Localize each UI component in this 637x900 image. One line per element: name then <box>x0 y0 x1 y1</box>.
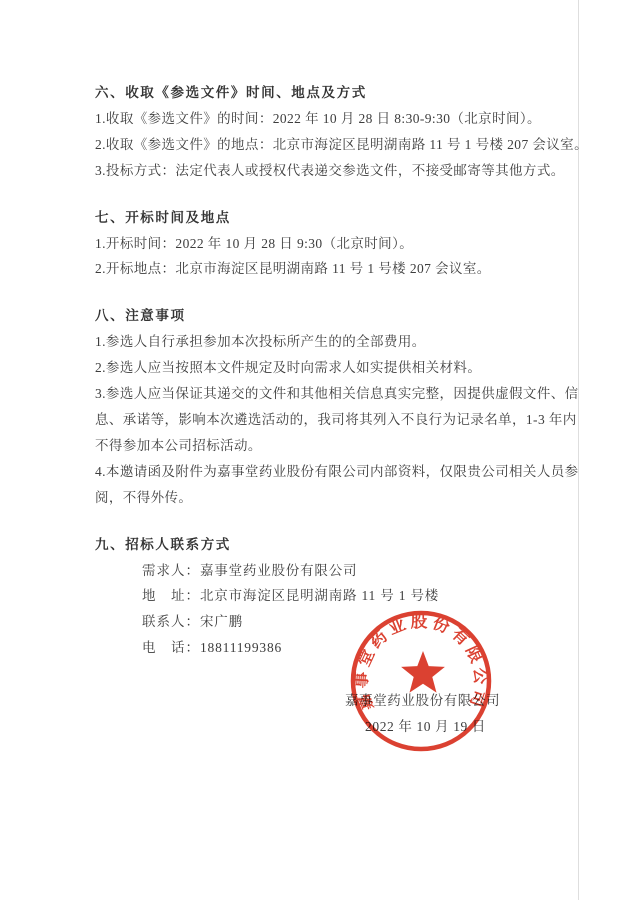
doc-line: 1.收取《参选文件》的时间：2022 年 10 月 28 日 8:30-9:30… <box>95 106 557 132</box>
signature-company-name: 嘉事堂药业股份有限公司 <box>345 688 500 714</box>
page-edge-shadow <box>578 0 579 900</box>
contact-value: 北京市海淀区昆明湖南路 11 号 1 号楼 <box>200 588 439 603</box>
section-heading: 六、收取《参选文件》时间、地点及方式 <box>95 80 557 106</box>
contact-row-phone: 电 话：18811199386 <box>95 635 557 661</box>
doc-line: 1.开标时间：2022 年 10 月 28 日 9:30（北京时间）。 <box>95 231 557 257</box>
scanned-document-page: 六、收取《参选文件》时间、地点及方式 1.收取《参选文件》的时间：2022 年 … <box>0 0 637 900</box>
section-collect-documents: 六、收取《参选文件》时间、地点及方式 1.收取《参选文件》的时间：2022 年 … <box>95 80 557 184</box>
section-bid-opening: 七、开标时间及地点 1.开标时间：2022 年 10 月 28 日 9:30（北… <box>95 205 557 283</box>
doc-line: 息、承诺等，影响本次遴选活动的，我司将其列入不良行为记录名单，1-3 年内 <box>95 407 557 433</box>
contact-value: 18811199386 <box>200 640 282 655</box>
signature-block: 嘉事堂药业股份有限公司 2022 年 10 月 19 日 <box>345 688 500 740</box>
contact-row-demander: 需求人：嘉事堂药业股份有限公司 <box>95 558 557 584</box>
doc-line: 1.参选人自行承担参加本次投标所产生的的全部费用。 <box>95 329 557 355</box>
contact-value: 宋广鹏 <box>200 614 243 629</box>
doc-line: 2.开标地点：北京市海淀区昆明湖南路 11 号 1 号楼 207 会议室。 <box>95 256 557 282</box>
signature-date: 2022 年 10 月 19 日 <box>345 714 500 740</box>
contact-value: 嘉事堂药业股份有限公司 <box>200 563 357 578</box>
contact-label: 需求人： <box>142 563 200 578</box>
doc-line: 3.参选人应当保证其递交的文件和其他相关信息真实完整，因提供虚假文件、信 <box>95 381 557 407</box>
doc-line: 3.投标方式：法定代表人或授权代表递交参选文件，不接受邮寄等其他方式。 <box>95 158 557 184</box>
doc-line: 2.收取《参选文件》的地点：北京市海淀区昆明湖南路 11 号 1 号楼 207 … <box>95 132 557 158</box>
section-heading: 八、注意事项 <box>95 303 557 329</box>
document-body: 六、收取《参选文件》时间、地点及方式 1.收取《参选文件》的时间：2022 年 … <box>95 80 557 661</box>
contact-label: 地 址： <box>142 588 200 603</box>
section-heading: 九、招标人联系方式 <box>95 532 557 558</box>
contact-row-person: 联系人：宋广鹏 <box>95 609 557 635</box>
contact-row-address: 地 址：北京市海淀区昆明湖南路 11 号 1 号楼 <box>95 583 557 609</box>
doc-line: 阅，不得外传。 <box>95 485 557 511</box>
doc-line: 2.参选人应当按照本文件规定及时向需求人如实提供相关材料。 <box>95 355 557 381</box>
doc-line: 4.本邀请函及附件为嘉事堂药业股份有限公司内部资料，仅限贵公司相关人员参 <box>95 459 557 485</box>
section-notes: 八、注意事项 1.参选人自行承担参加本次投标所产生的的全部费用。 2.参选人应当… <box>95 303 557 510</box>
doc-line: 不得参加本公司招标活动。 <box>95 433 557 459</box>
section-heading: 七、开标时间及地点 <box>95 205 557 231</box>
contact-label: 电 话： <box>142 640 200 655</box>
contact-label: 联系人： <box>142 614 200 629</box>
section-contact-info: 九、招标人联系方式 需求人：嘉事堂药业股份有限公司 地 址：北京市海淀区昆明湖南… <box>95 532 557 662</box>
